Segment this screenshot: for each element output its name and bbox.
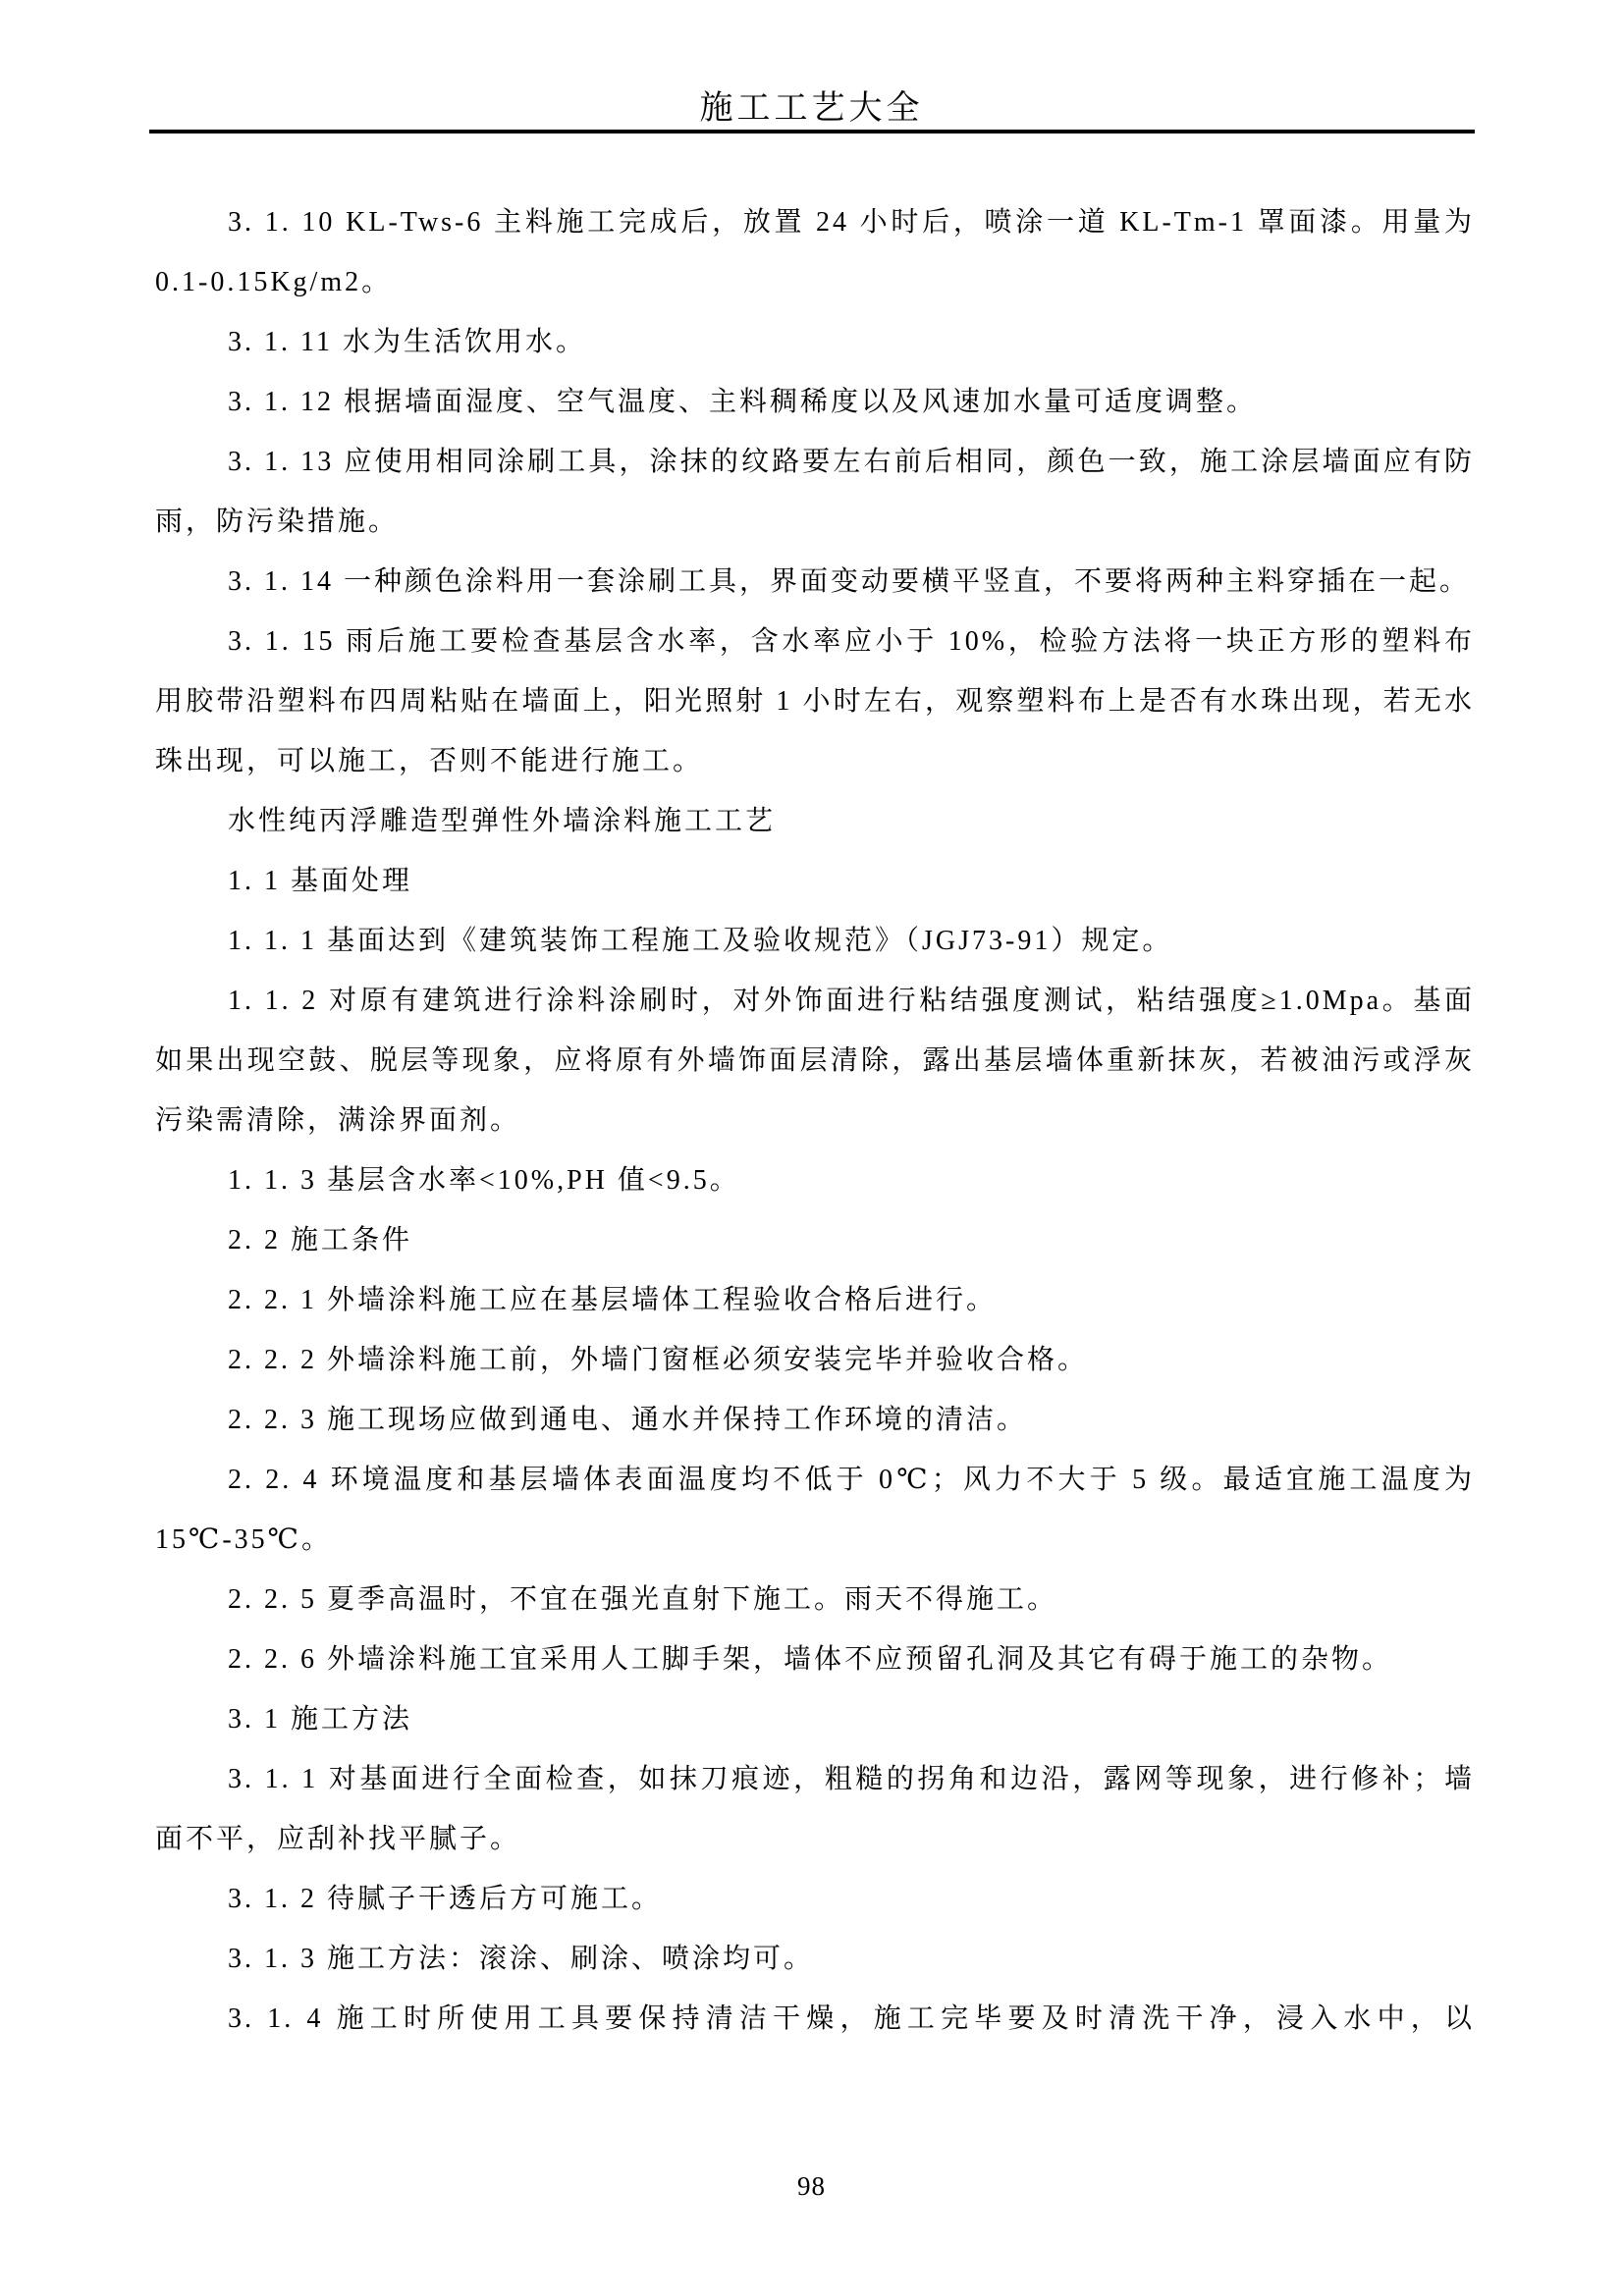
paragraph: 3. 1. 13 应使用相同涂刷工具，涂抹的纹路要左右前后相同，颜色一致，施工涂… (155, 432, 1475, 552)
paragraph: 3. 1. 11 水为生活饮用水。 (155, 312, 1475, 372)
paragraph: 1. 1. 1 基面达到《建筑装饰工程施工及验收规范》（JGJ73-91）规定。 (155, 911, 1475, 971)
paragraph: 3. 1. 4 施工时所使用工具要保持清洁干燥，施工完毕要及时清洗干净，浸入水中… (155, 1989, 1475, 2049)
paragraph: 2. 2 施工条件 (155, 1210, 1475, 1270)
paragraph: 3. 1. 10 KL-Tws-6 主料施工完成后，放置 24 小时后，喷涂一道… (155, 192, 1475, 312)
page-number: 98 (797, 2171, 826, 2201)
paragraph: 2. 2. 3 施工现场应做到通电、通水并保持工作环境的清洁。 (155, 1390, 1475, 1450)
paragraph: 3. 1. 1 对基面进行全面检查，如抹刀痕迹，粗糙的拐角和边沿，露网等现象，进… (155, 1749, 1475, 1869)
paragraph: 3. 1 施工方法 (155, 1689, 1475, 1749)
paragraph: 1. 1. 2 对原有建筑进行涂料涂刷时，对外饰面进行粘结强度测试，粘结强度≥1… (155, 971, 1475, 1150)
paragraph: 1. 1 基面处理 (155, 851, 1475, 911)
paragraph: 2. 2. 5 夏季高温时，不宜在强光直射下施工。雨天不得施工。 (155, 1570, 1475, 1629)
document-page: 施工工艺大全 3. 1. 10 KL-Tws-6 主料施工完成后，放置 24 小… (0, 0, 1623, 2296)
paragraph: 3. 1. 12 根据墙面湿度、空气温度、主料稠稀度以及风速加水量可适度调整。 (155, 372, 1475, 432)
paragraph: 2. 2. 1 外墙涂料施工应在基层墙体工程验收合格后进行。 (155, 1270, 1475, 1330)
paragraph: 2. 2. 6 外墙涂料施工宜采用人工脚手架，墙体不应预留孔洞及其它有碍于施工的… (155, 1629, 1475, 1689)
page-title: 施工工艺大全 (0, 80, 1623, 129)
paragraph: 3. 1. 14 一种颜色涂料用一套涂刷工具，界面变动要横平竖直，不要将两种主料… (155, 552, 1475, 612)
paragraph: 2. 2. 2 外墙涂料施工前，外墙门窗框必须安装完毕并验收合格。 (155, 1330, 1475, 1390)
header-rule (149, 130, 1475, 133)
paragraph: 水性纯丙浮雕造型弹性外墙涂料施工工艺 (155, 791, 1475, 851)
paragraph: 3. 1. 2 待腻子干透后方可施工。 (155, 1869, 1475, 1929)
paragraph: 1. 1. 3 基层含水率<10%,PH 值<9.5。 (155, 1150, 1475, 1210)
paragraph: 3. 1. 15 雨后施工要检查基层含水率，含水率应小于 10%，检验方法将一块… (155, 612, 1475, 791)
page-footer: 98 (0, 2171, 1623, 2202)
paragraph: 2. 2. 4 环境温度和基层墙体表面温度均不低于 0℃；风力不大于 5 级。最… (155, 1450, 1475, 1570)
document-body: 3. 1. 10 KL-Tws-6 主料施工完成后，放置 24 小时后，喷涂一道… (155, 192, 1475, 2049)
paragraph: 3. 1. 3 施工方法：滚涂、刷涂、喷涂均可。 (155, 1929, 1475, 1989)
